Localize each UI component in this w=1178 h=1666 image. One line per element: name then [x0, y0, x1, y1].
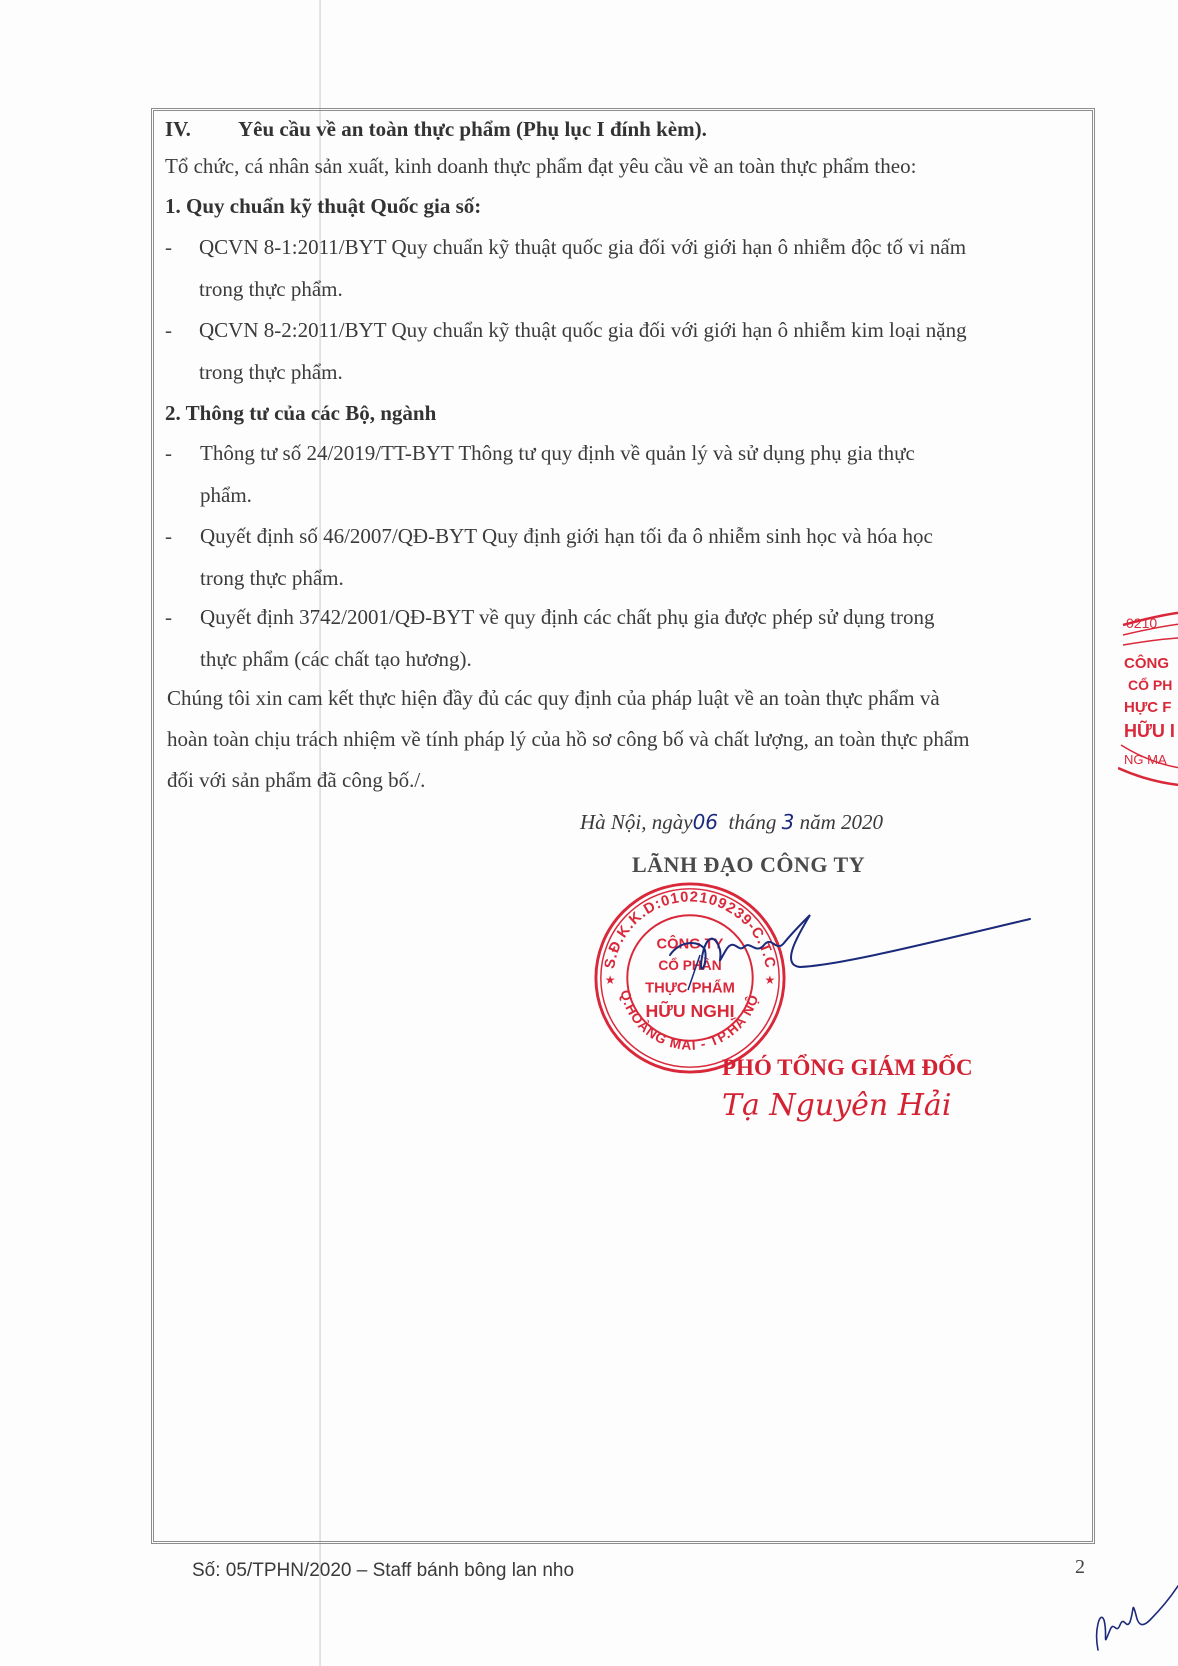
document-reference: Số: 05/TPHN/2020 – Staff bánh bông lan n…	[192, 1560, 574, 1582]
year-label: năm 2020	[800, 810, 883, 834]
signer-name: Tạ Nguyên Hải	[722, 1088, 951, 1123]
handwritten-month: 3	[782, 810, 795, 834]
bullet-dash: -	[165, 524, 172, 548]
seal-line: HỮU NGHỊ	[645, 1000, 734, 1021]
edge-seal-icon: 0210 CÔNG CỔ PH HỰC F HỮU I NG MA	[1118, 590, 1178, 790]
section-number: IV.	[165, 117, 191, 141]
commitment-line: đối với sản phẩm đã công bố./.	[167, 768, 425, 792]
regulation-item-line2: phẩm.	[200, 483, 252, 507]
edge-seal-line: CỔ PH	[1128, 676, 1172, 693]
regulation-item-line1: Quyết định 3742/2001/QĐ-BYT về quy định …	[200, 605, 935, 629]
initials-signature-icon	[1090, 1580, 1178, 1660]
signing-date: Hà Nội, ngày06 tháng 3 năm 2020	[580, 810, 883, 835]
edge-seal-bottom-text: NG MA	[1124, 752, 1167, 767]
month-label: tháng	[729, 810, 777, 834]
handwritten-signature-icon	[660, 905, 1040, 995]
regulation-item-line1: QCVN 8-1:2011/BYT Quy chuẩn kỹ thuật quố…	[199, 235, 966, 259]
subsection-2-heading: 2. Thông tư của các Bộ, ngành	[165, 401, 436, 425]
bullet-dash: -	[165, 441, 172, 465]
bullet-dash: -	[165, 235, 172, 259]
date-prefix: Hà Nội, ngày	[580, 810, 693, 834]
leader-title: LÃNH ĐẠO CÔNG TY	[632, 852, 865, 878]
regulation-item-line2: trong thực phẩm.	[200, 566, 344, 590]
regulation-item-line2: trong thực phẩm.	[199, 277, 343, 301]
signer-position: PHÓ TỔNG GIÁM ĐỐC	[722, 1055, 973, 1081]
handwritten-day: 06	[693, 810, 718, 834]
edge-seal-line: HỮU I	[1124, 720, 1175, 741]
edge-seal-top-text: 0210	[1126, 615, 1157, 631]
regulation-item-line1: Quyết định số 46/2007/QĐ-BYT Quy định gi…	[200, 524, 933, 548]
subsection-1-heading: 1. Quy chuẩn kỹ thuật Quốc gia số:	[165, 194, 481, 218]
bullet-dash: -	[165, 318, 172, 342]
svg-text:★: ★	[605, 974, 616, 987]
edge-seal-line: CÔNG	[1124, 654, 1169, 672]
regulation-item-line2: trong thực phẩm.	[199, 360, 343, 384]
edge-seal-line: HỰC F	[1124, 699, 1171, 716]
section-title: Yêu cầu về an toàn thực phẩm (Phụ lục I …	[238, 117, 707, 141]
page-number: 2	[1075, 1556, 1085, 1579]
regulation-item-line1: QCVN 8-2:2011/BYT Quy chuẩn kỹ thuật quố…	[199, 318, 967, 342]
regulation-item-line1: Thông tư số 24/2019/TT-BYT Thông tư quy …	[200, 441, 915, 465]
commitment-line: hoàn toàn chịu trách nhiệm về tính pháp …	[167, 727, 970, 751]
bullet-dash: -	[165, 605, 172, 629]
commitment-line: Chúng tôi xin cam kết thực hiện đầy đủ c…	[167, 686, 940, 710]
intro-text: Tổ chức, cá nhân sản xuất, kinh doanh th…	[165, 154, 916, 178]
regulation-item-line2: thực phẩm (các chất tạo hương).	[200, 647, 472, 671]
